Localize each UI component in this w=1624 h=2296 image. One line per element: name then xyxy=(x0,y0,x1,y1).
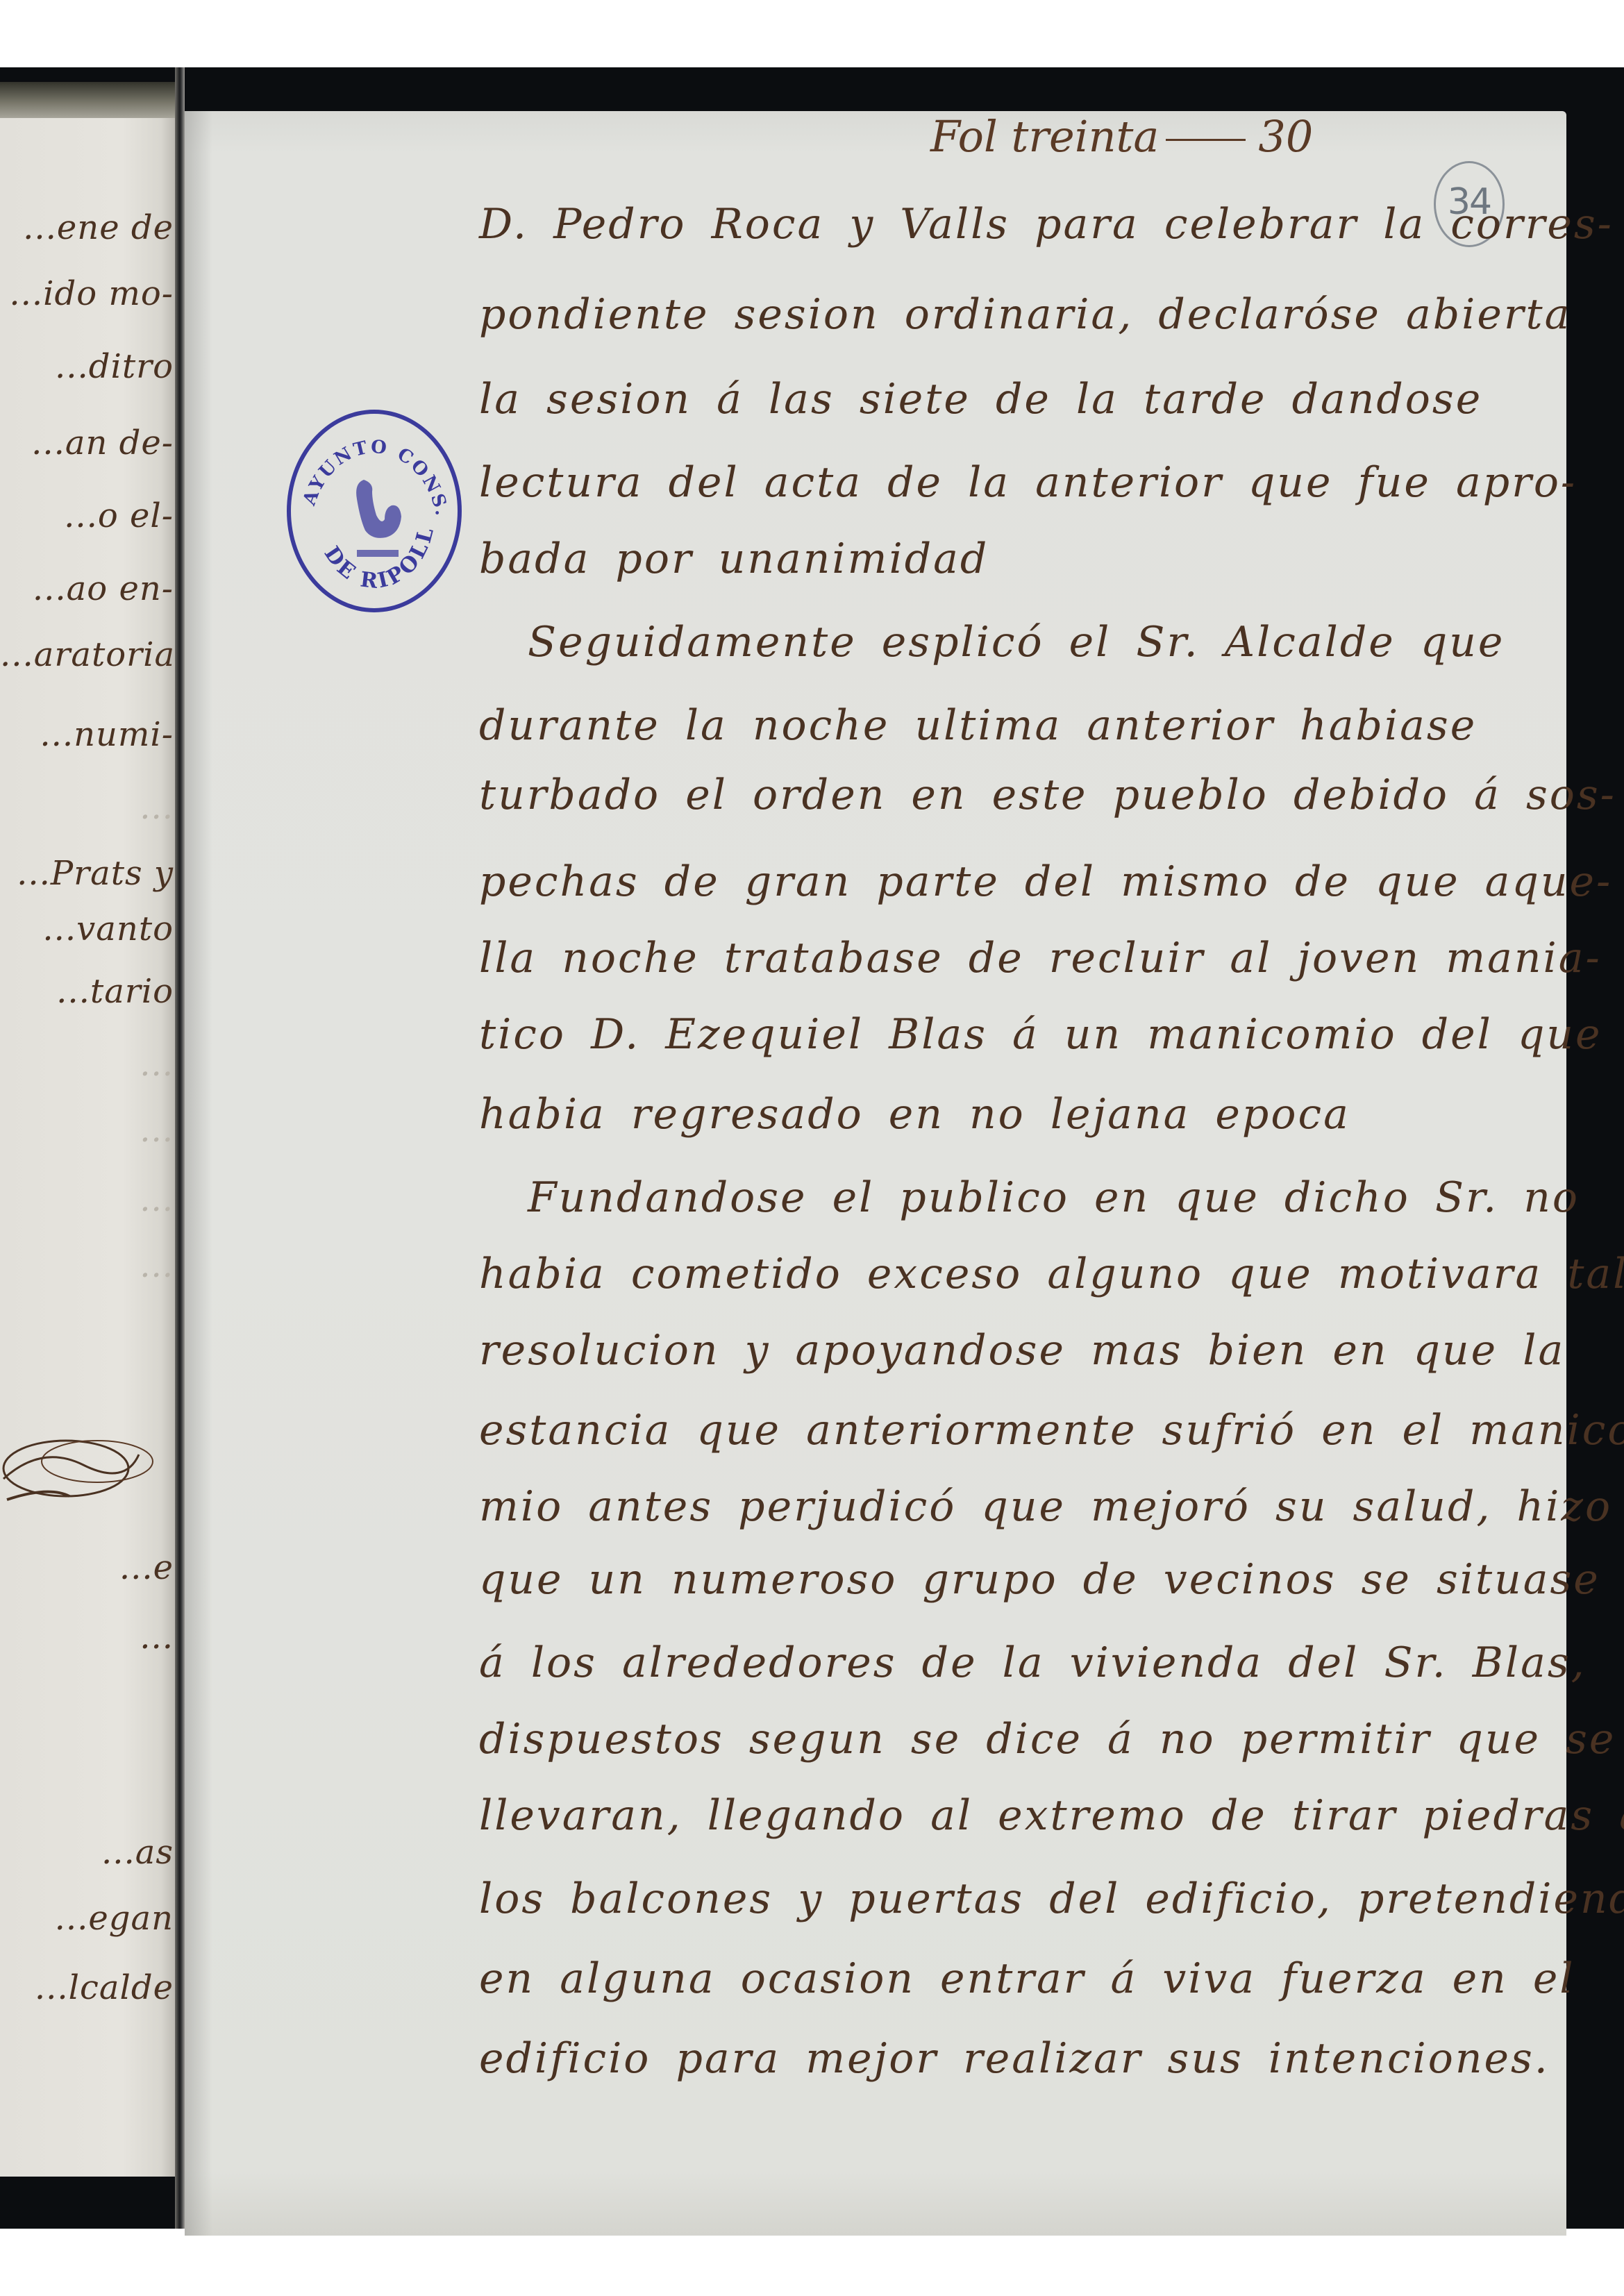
manuscript-line: Fundandose el publico en que dicho Sr. n… xyxy=(528,1173,1611,1222)
manuscript-line: D. Pedro Roca y Valls para celebrar la c… xyxy=(479,200,1562,249)
manuscript-line: á los alrededores de la vivienda del Sr.… xyxy=(479,1639,1562,1687)
manuscript-line: tico D. Ezequiel Blas á un manicomio del… xyxy=(479,1010,1562,1059)
left-page-fragment: ...numi- xyxy=(0,715,174,754)
left-page-fragment: ...ene de xyxy=(0,208,174,247)
manuscript-line: durante la noche ultima anterior habiase xyxy=(479,701,1562,750)
book-gutter xyxy=(175,67,185,2229)
manuscript-line: lectura del acta de la anterior que fue … xyxy=(479,458,1562,507)
left-page-fragment: ...ao en- xyxy=(0,569,174,608)
manuscript-line: resolucion y apoyandose mas bien en que … xyxy=(479,1326,1562,1375)
manuscript-line: habia regresado en no lejana epoca xyxy=(479,1090,1562,1139)
left-page-fragment: ...Prats y xyxy=(0,854,174,893)
manuscript-line: edificio para mejor realizar sus intenci… xyxy=(479,2034,1562,2083)
left-page-fragment: ...ditro xyxy=(0,347,174,386)
signature-flourish-icon xyxy=(0,1430,160,1527)
left-page-fragment: ... xyxy=(0,1180,174,1219)
folio-label: Fol treinta xyxy=(930,111,1159,162)
manuscript-line: dispuestos segun se dice á no permitir q… xyxy=(479,1715,1562,1763)
left-page-fragment: ... xyxy=(0,1111,174,1150)
left-page-fragment: ...egan xyxy=(0,1899,174,1938)
manuscript-line: los balcones y puertas del edificio, pre… xyxy=(479,1875,1562,1923)
manuscript-line: lla noche tratabase de recluir al joven … xyxy=(479,934,1562,982)
left-page-fragment: ... xyxy=(0,1045,174,1084)
left-page-fragment: ... xyxy=(0,1246,174,1285)
left-page-fragment: ...ido mo- xyxy=(0,274,174,313)
left-page-fragment: ...lcalde xyxy=(0,1968,174,2007)
manuscript-line: estancia que anteriormente sufrió en el … xyxy=(479,1406,1562,1455)
manuscript-line: Seguidamente esplicó el Sr. Alcalde que xyxy=(528,618,1611,667)
folio-header: Fol treinta30 xyxy=(930,111,1313,162)
left-page-fragment: ...vanto xyxy=(0,910,174,948)
left-page-fragment: ...e xyxy=(0,1548,174,1587)
manuscript-line: la sesion á las siete de la tarde dandos… xyxy=(479,375,1562,424)
manuscript-line: pondiente sesion ordinaria, declaróse ab… xyxy=(479,290,1562,339)
manuscript-line: turbado el orden en este pueblo debido á… xyxy=(479,771,1562,819)
manuscript-line: llevaran, llegando al extremo de tirar p… xyxy=(479,1791,1562,1840)
left-page-fragment: ...tario xyxy=(0,972,174,1011)
manuscript-line: que un numeroso grupo de vecinos se situ… xyxy=(479,1555,1562,1604)
folio-number: 30 xyxy=(1258,111,1313,162)
left-page-fragment: ...as xyxy=(0,1833,174,1872)
manuscript-line: bada por unanimidad xyxy=(479,535,1562,583)
municipal-stamp: AYUNTO CONS.AL DE RIPOLLET. xyxy=(287,410,462,612)
manuscript-line: habia cometido exceso alguno que motivar… xyxy=(479,1250,1562,1298)
left-page-fragment: ...o el- xyxy=(0,496,174,535)
left-page-fragment: ...aratoria xyxy=(0,635,174,674)
manuscript-line: en alguna ocasion entrar á viva fuerza e… xyxy=(479,1954,1562,2003)
left-page-fragment: ... xyxy=(0,788,174,827)
manuscript-line: mio antes perjudicó que mejoró su salud,… xyxy=(479,1482,1562,1531)
left-page-fragment: ...an de- xyxy=(0,424,174,462)
manuscript-line: pechas de gran parte del mismo de que aq… xyxy=(479,857,1562,906)
left-page-top-edge xyxy=(0,82,181,124)
stamp-emblem-icon: AYUNTO CONS.AL DE RIPOLLET. xyxy=(291,414,458,608)
folio-dash xyxy=(1166,139,1246,141)
